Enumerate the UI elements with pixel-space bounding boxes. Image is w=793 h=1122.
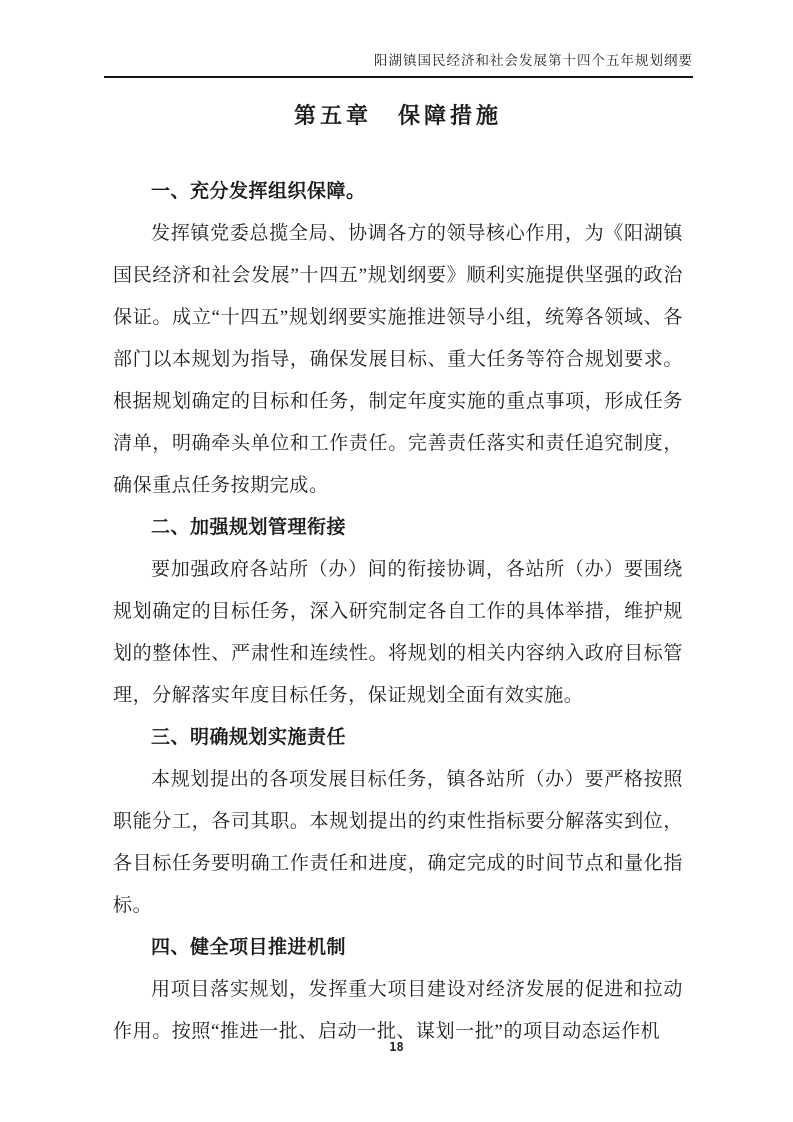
page-number: 18 <box>0 1040 793 1054</box>
section-heading-2: 二、加强规划管理衔接 <box>113 507 683 549</box>
document-body: 第五章 保障措施 一、充分发挥组织保障。 发挥镇党委总揽全局、协调各方的领导核心… <box>113 99 683 1053</box>
section-heading-4: 四、健全项目推进机制 <box>113 927 683 969</box>
running-header: 阳湖镇国民经济和社会发展第十四个五年规划纲要 <box>104 52 693 78</box>
section-heading-1: 一、充分发挥组织保障。 <box>113 171 683 213</box>
section-paragraph-3: 本规划提出的各项发展目标任务，镇各站所（办）要严格按照职能分工，各司其职。本规划… <box>113 759 683 927</box>
section-paragraph-1: 发挥镇党委总揽全局、协调各方的领导核心作用，为《阳湖镇国民经济和社会发展”十四五… <box>113 213 683 507</box>
document-page: 阳湖镇国民经济和社会发展第十四个五年规划纲要 第五章 保障措施 一、充分发挥组织… <box>0 0 793 1122</box>
chapter-title: 第五章 保障措施 <box>113 99 683 132</box>
section-heading-3: 三、明确规划实施责任 <box>113 717 683 759</box>
section-paragraph-2: 要加强政府各站所（办）间的衔接协调，各站所（办）要围绕规划确定的目标任务，深入研… <box>113 549 683 717</box>
